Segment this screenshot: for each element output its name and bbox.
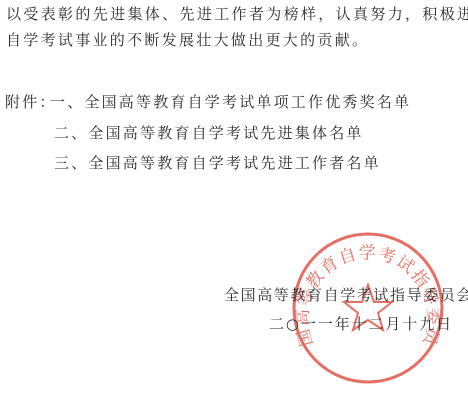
attachments-label: 附件： [5,93,57,111]
issue-date: 二○一一年十二月十九日 [269,315,453,333]
official-seal: 全国高等教育自学考试指导委员会 [290,230,446,386]
body-text-line-1: 以受表彰的先进集体、先进工作者为榜样，认真努力，积极进取，为 [6,5,468,23]
attachment-item-3: 三、全国高等教育自学考试先进工作者名单 [54,154,381,172]
body-text-line-2: 自学考试事业的不断发展壮大做出更大的贡献。 [6,31,369,49]
issuing-organization: 全国高等教育自学考试指导委员会 [224,286,468,304]
attachment-item-2: 二、全国高等教育自学考试先进集体名单 [54,124,364,142]
attachment-item-1: 一、全国高等教育自学考试单项工作优秀奖名单 [50,93,411,111]
